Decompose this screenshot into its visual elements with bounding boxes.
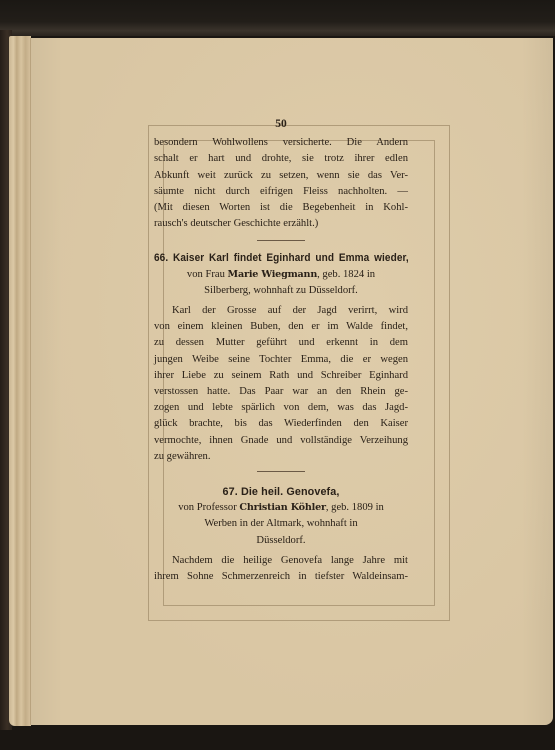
text-line: Nachdem die heilige Genovefa lange Jahre…: [154, 553, 408, 569]
text-line: ihrer Liebe zu seinem Rath und Schreiber…: [154, 368, 408, 384]
text-line: glück brachte, bis das Wiederfinden den …: [154, 416, 408, 432]
text-line: rausch's deutscher Geschichte erzählt.): [154, 216, 408, 232]
entry-heading: 66. Kaiser Karl findet Eginhard und Emma…: [154, 250, 409, 266]
text-line: säumte nicht durch eifrigen Fleiss nachh…: [154, 184, 408, 200]
text-line: (Mit diesen Worten ist die Begebenheit i…: [154, 200, 408, 216]
text-line: Karl der Grosse auf der Jagd verirrt, wi…: [154, 303, 408, 319]
byline-suffix: , geb. 1809 in: [326, 502, 384, 513]
entry-byline-line2: Werben in der Altmark, wohnhaft in: [154, 516, 408, 532]
byline-prefix: von Professor: [178, 502, 237, 513]
byline-prefix: von Frau: [187, 269, 225, 280]
continuation-paragraph: besondern Wohlwollens versicherte. Die A…: [154, 135, 408, 232]
page-text-block: 50 besondern Wohlwollens versicherte. Di…: [154, 116, 408, 585]
entry-heading: 67. Die heil. Genovefa,: [154, 484, 408, 500]
text-line: verstossen hatte. Das Paar war an den Rh…: [154, 384, 408, 400]
text-line: zu gewähren.: [154, 449, 408, 465]
author-name: Christian Köhler: [239, 502, 325, 513]
entry-byline-line2: Silberberg, wohnhaft zu Düsseldorf.: [154, 283, 408, 299]
book-cover-top-edge: [0, 0, 555, 36]
entry-67: 67. Die heil. Genovefa, von Professor Ch…: [154, 484, 408, 585]
entry-byline: von Professor Christian Köhler, geb. 180…: [154, 500, 408, 516]
text-line: ihrem Sohne Schmerzenreich in tiefster W…: [154, 569, 408, 585]
entry-66: 66. Kaiser Karl findet Eginhard und Emma…: [154, 250, 408, 465]
text-line: zu dessen Mutter geführt und erkennt in …: [154, 335, 408, 351]
section-divider: [257, 471, 305, 472]
section-divider: [257, 240, 305, 241]
author-name: Marie Wiegmann: [228, 269, 318, 280]
text-line: von einem kleinen Buben, den er im Walde…: [154, 319, 408, 335]
text-line: zogen und lebte spärlich von dem, was da…: [154, 400, 408, 416]
text-line: besondern Wohlwollens versicherte. Die A…: [154, 135, 408, 151]
text-line: jungen Weibe seine Tochter Emma, die er …: [154, 352, 408, 368]
page-stack-edge: [9, 36, 31, 726]
page-number: 50: [154, 116, 408, 132]
entry-byline: von Frau Marie Wiegmann, geb. 1824 in: [154, 267, 408, 283]
byline-suffix: , geb. 1824 in: [317, 269, 375, 280]
text-line: schalt er hart und drohte, sie trotz ihr…: [154, 151, 408, 167]
entry-byline-line3: Düsseldorf.: [154, 533, 408, 549]
text-line: vermochte, ihnen Gnade und vollständige …: [154, 433, 408, 449]
text-line: Abkunft weit zurück zu setzen, wenn sie …: [154, 168, 408, 184]
